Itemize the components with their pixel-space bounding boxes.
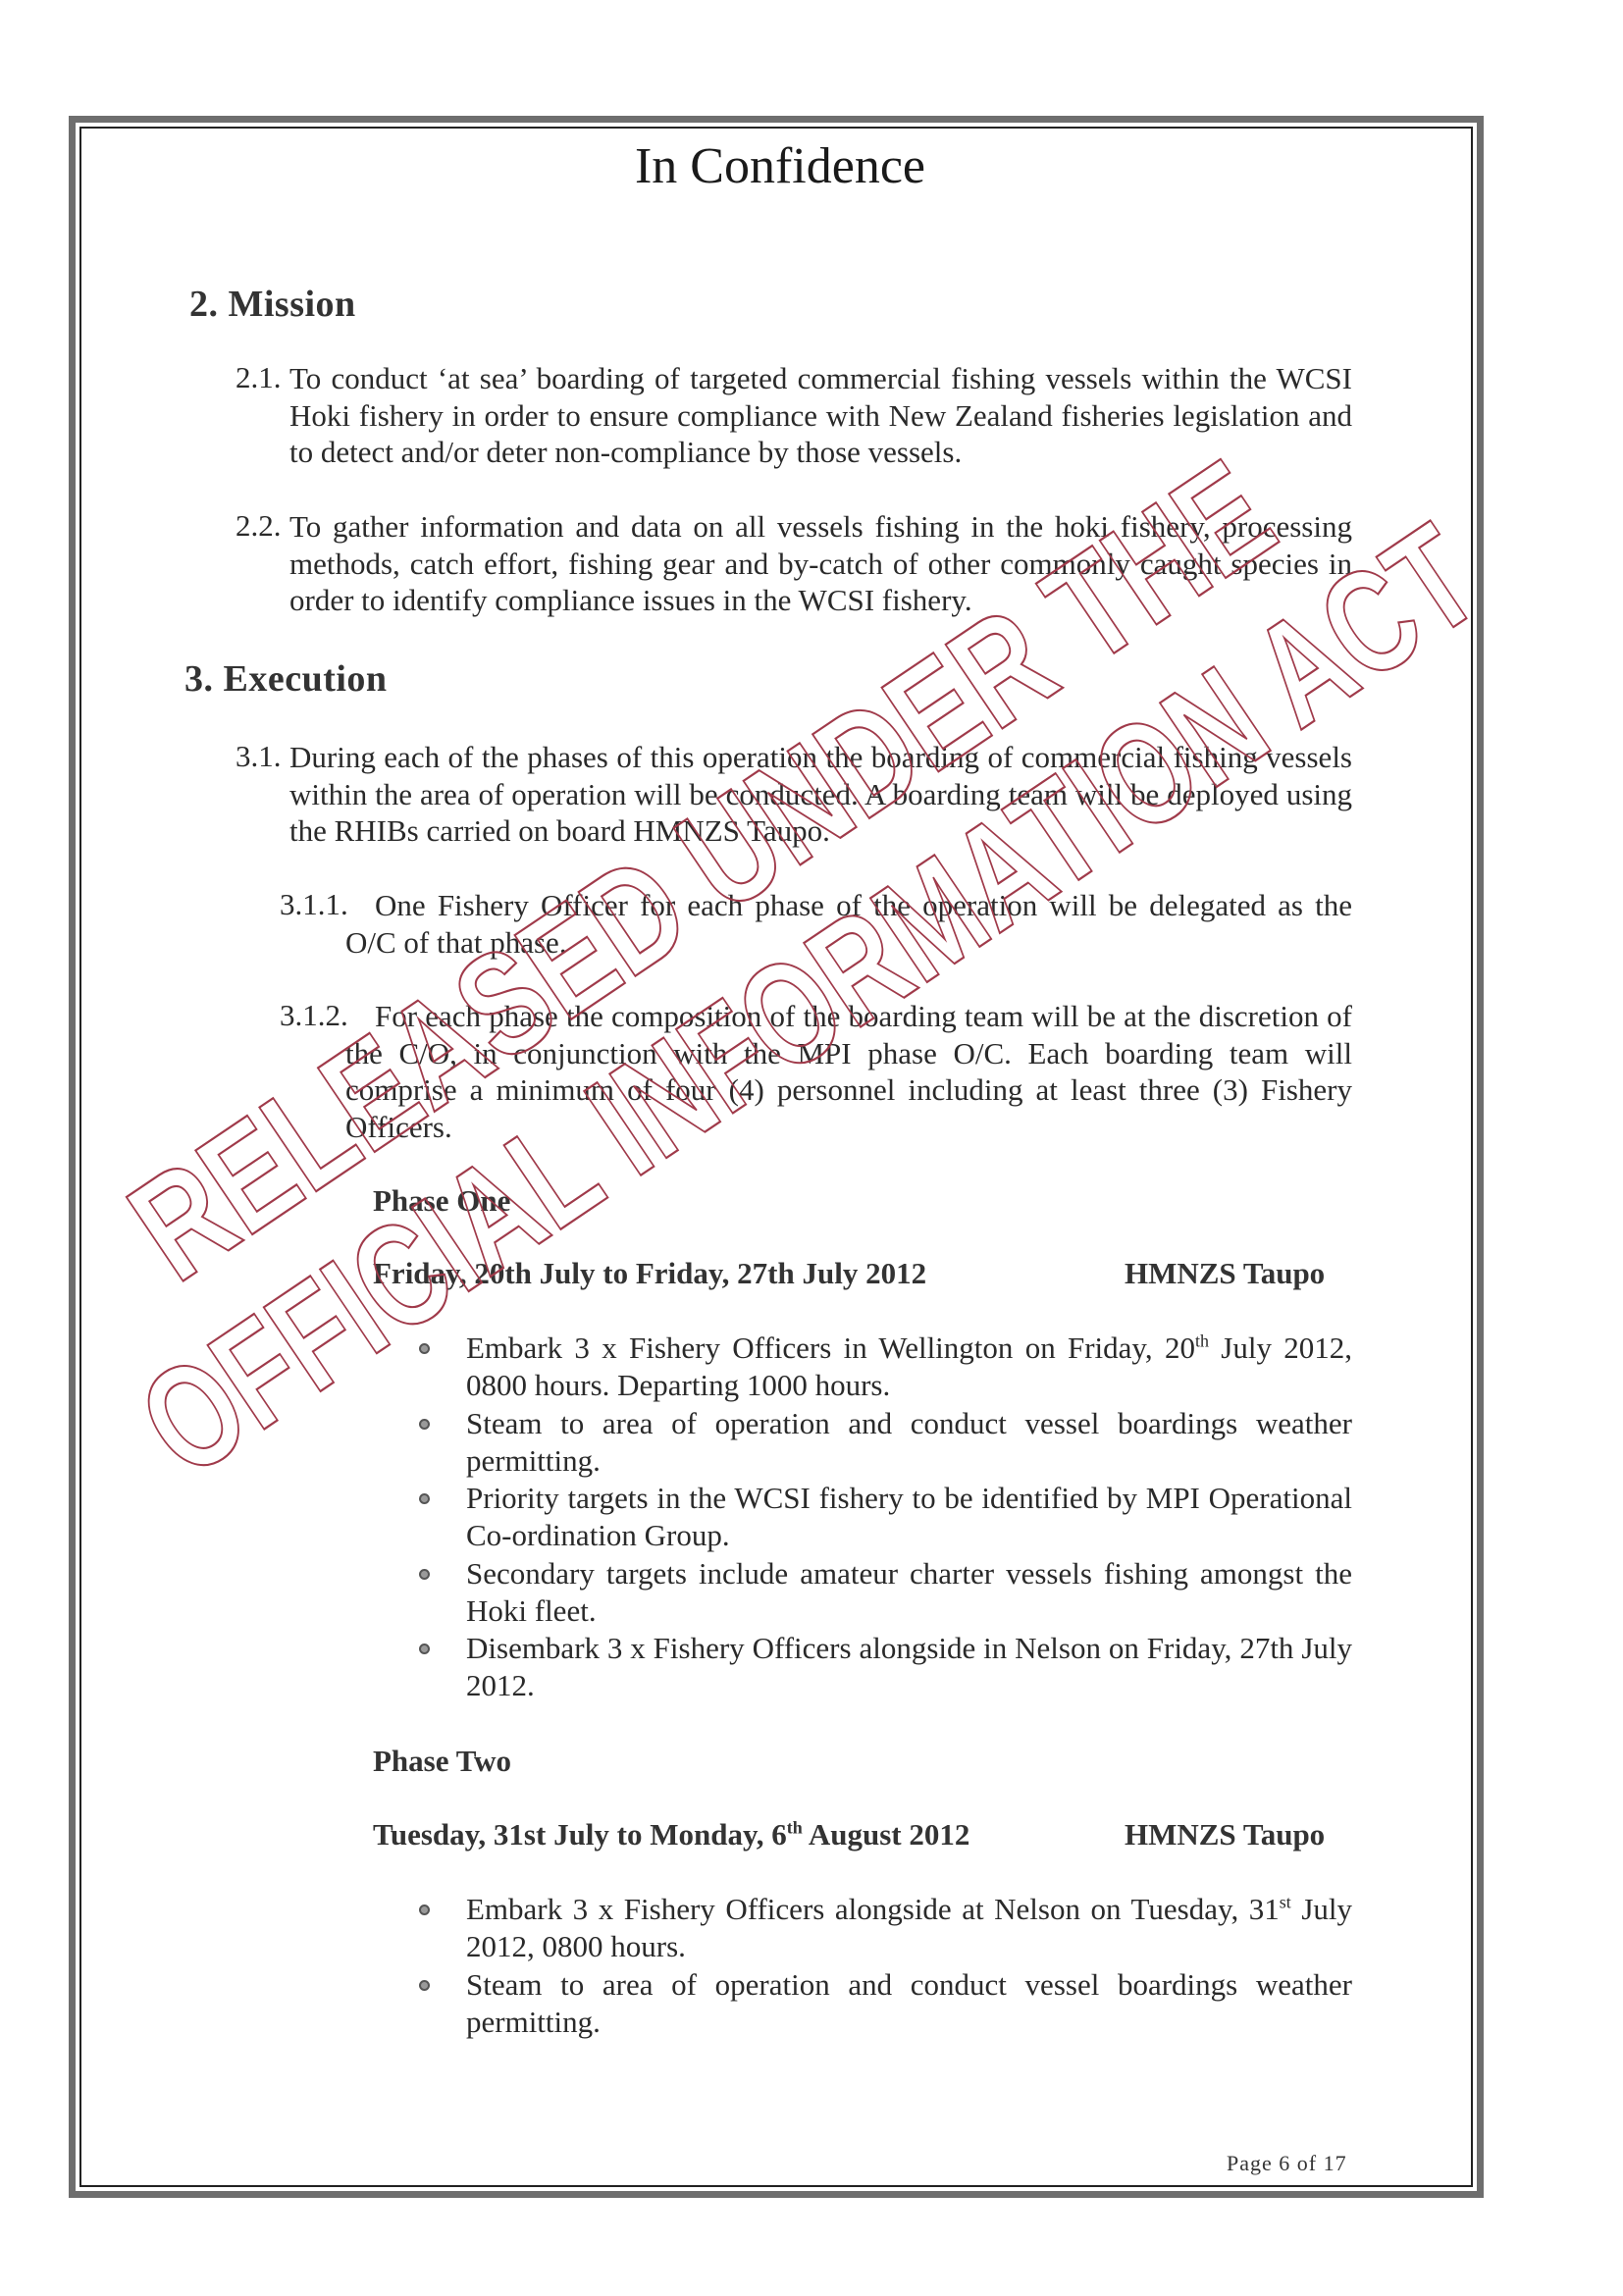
item-number-3-1: 3.1. bbox=[236, 739, 282, 774]
bullet-icon bbox=[419, 1493, 430, 1504]
bullet-icon bbox=[419, 1343, 430, 1354]
bullet-icon bbox=[419, 1419, 430, 1430]
paragraph-2-1: To conduct ‘at sea’ boarding of targeted… bbox=[289, 360, 1352, 471]
paragraph-2-2: To gather information and data on all ve… bbox=[289, 508, 1352, 619]
paragraph-3-1-2: For each phase the composition of the bo… bbox=[316, 998, 1352, 1145]
bullet-icon bbox=[419, 1569, 430, 1580]
phase-one-vessel: HMNZS Taupo bbox=[1125, 1256, 1325, 1291]
phase-two-dates-sup: th bbox=[787, 1818, 803, 1838]
section-heading-execution: 3. Execution bbox=[184, 657, 388, 701]
phase-one-dates: Friday, 20th July to Friday, 27th July 2… bbox=[373, 1256, 926, 1291]
bullet-item: Embark 3 x Fishery Officers in Wellingto… bbox=[466, 1330, 1352, 1403]
phase-two-vessel: HMNZS Taupo bbox=[1125, 1817, 1325, 1852]
item-number-2-2: 2.2. bbox=[236, 508, 282, 544]
paragraph-3-1: During each of the phases of this operat… bbox=[289, 739, 1352, 850]
page-title: In Confidence bbox=[0, 137, 1560, 195]
document-page: In Confidence 2. Mission 2.1. To conduct… bbox=[0, 0, 1623, 2296]
page-number: Page 6 of 17 bbox=[1227, 2151, 1347, 2176]
phase-one-title: Phase One bbox=[373, 1183, 510, 1219]
bullet-item: Steam to area of operation and conduct v… bbox=[466, 1966, 1352, 2040]
bullet-item: Disembark 3 x Fishery Officers alongside… bbox=[466, 1630, 1352, 1703]
item-number-2-1: 2.1. bbox=[236, 360, 282, 395]
phase-two-dates-text: Tuesday, 31st July to Monday, 6 bbox=[373, 1817, 787, 1852]
section-heading-mission: 2. Mission bbox=[189, 283, 356, 326]
bullet-item: Secondary targets include amateur charte… bbox=[466, 1555, 1352, 1629]
phase-two-dates-text-end: August 2012 bbox=[803, 1817, 970, 1852]
bullet-icon bbox=[419, 1905, 430, 1915]
bullet-item: Priority targets in the WCSI fishery to … bbox=[466, 1480, 1352, 1553]
paragraph-3-1-1: One Fishery Officer for each phase of th… bbox=[316, 887, 1352, 961]
bullet-icon bbox=[419, 1980, 430, 1991]
bullet-icon bbox=[419, 1644, 430, 1654]
phase-two-dates: Tuesday, 31st July to Monday, 6th August… bbox=[373, 1817, 969, 1852]
bullet-item: Embark 3 x Fishery Officers alongside at… bbox=[466, 1891, 1352, 1964]
phase-two-title: Phase Two bbox=[373, 1744, 511, 1779]
bullet-item: Steam to area of operation and conduct v… bbox=[466, 1405, 1352, 1479]
